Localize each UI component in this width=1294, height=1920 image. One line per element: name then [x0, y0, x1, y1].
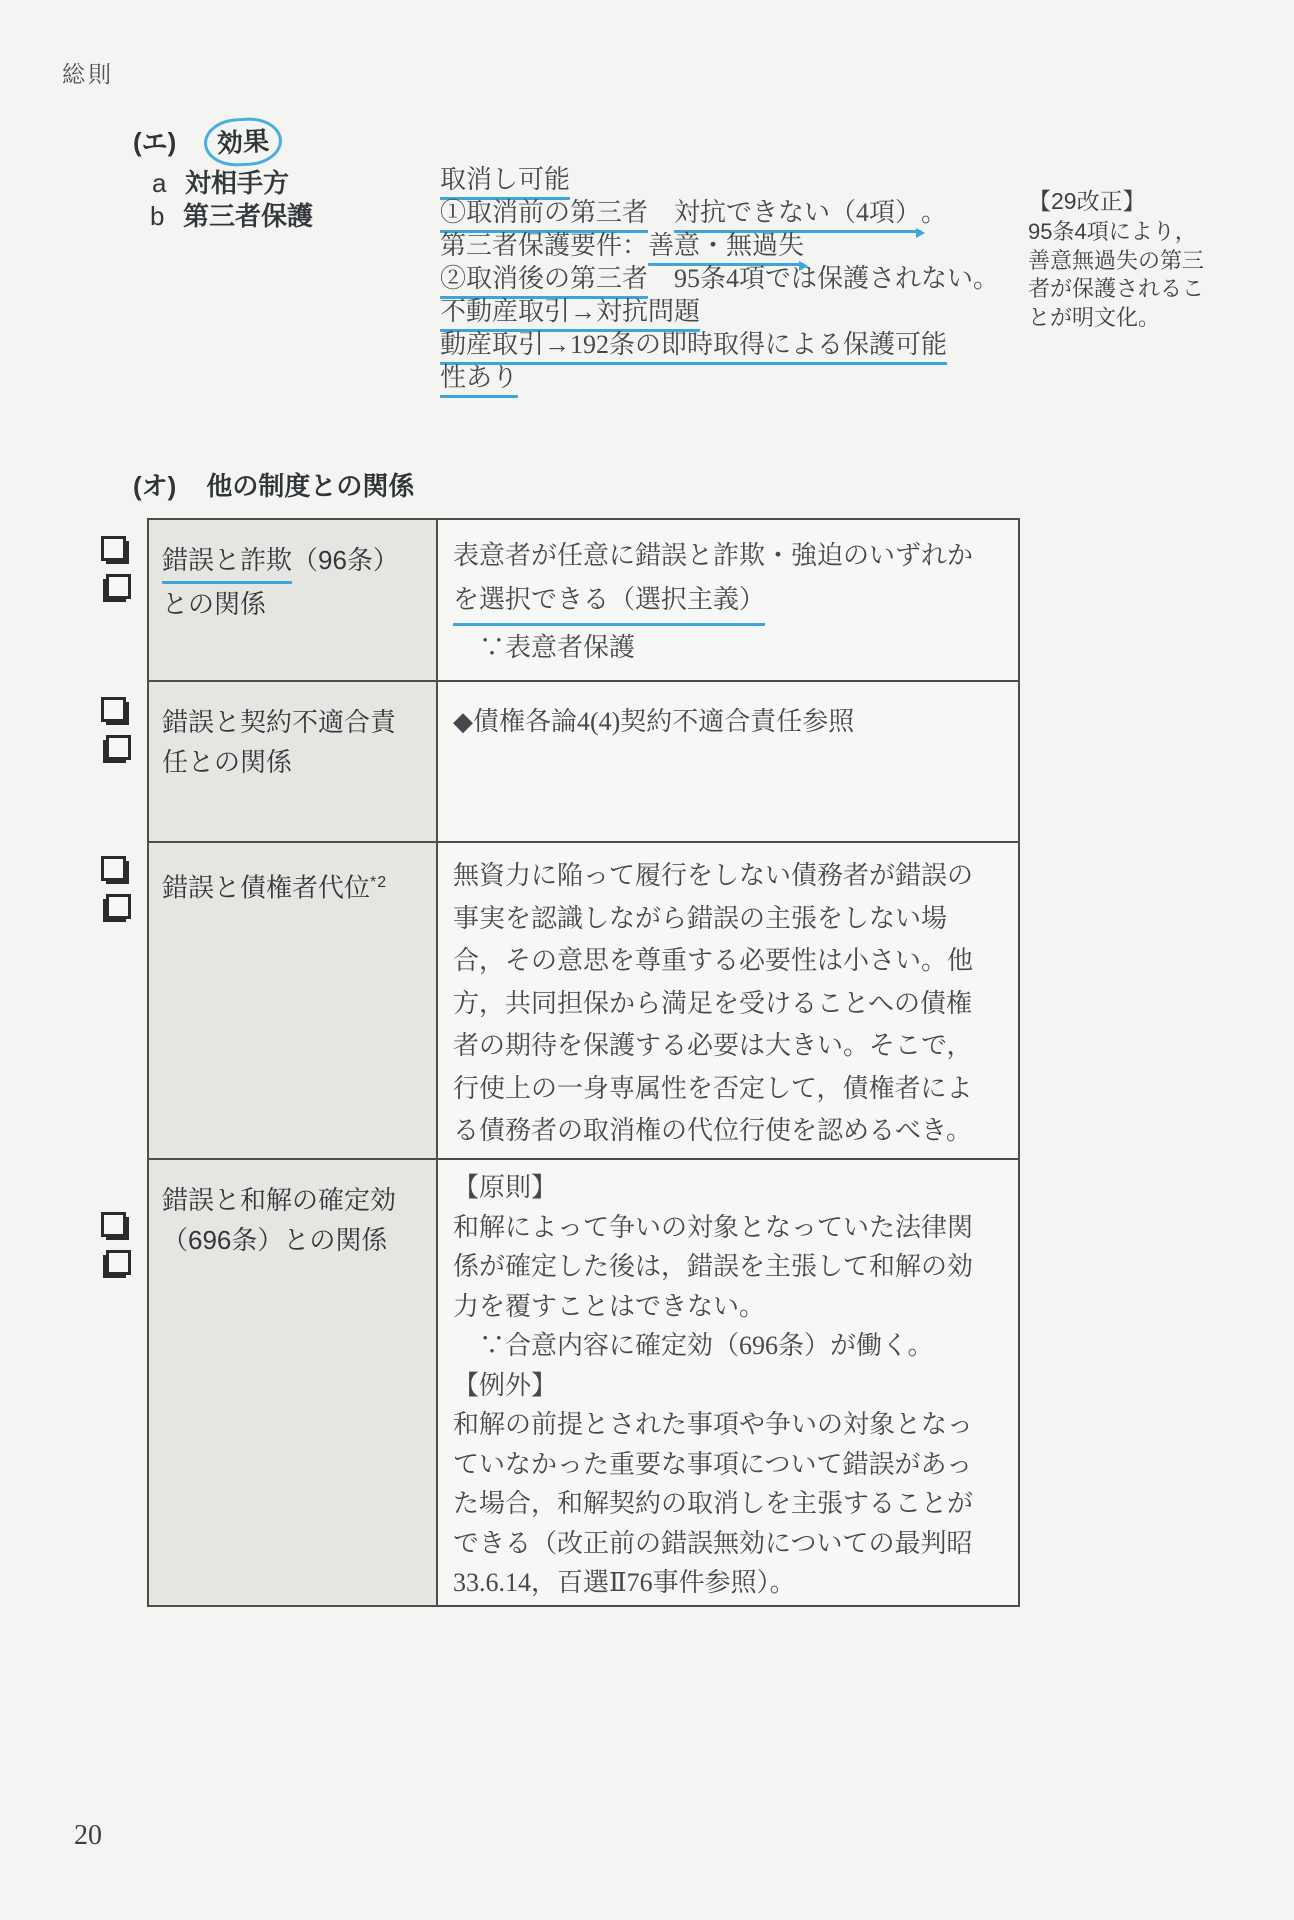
text-line: 和解の前提とされた事項や争いの対象となっ [453, 1405, 1004, 1445]
text [648, 198, 674, 227]
checkbox-icon [106, 1250, 131, 1275]
checkbox-icon [101, 697, 126, 722]
underlined-text: 錯誤と詐欺 [162, 540, 292, 584]
underlined-text: 不動産取引→対抗問題 [440, 295, 700, 332]
text-line: ②取消後の第三者 95条4項では保護されない。 [440, 262, 999, 295]
checkbox-icon [101, 856, 126, 881]
item-a-heading: a対相手方 [152, 163, 289, 200]
checkbox-icon [106, 894, 131, 919]
text-line: 係が確定した後は，錯誤を主張して和解の効 [453, 1247, 1004, 1287]
checkbox-pair [101, 536, 131, 599]
section-heading-other: (オ)他の制度との関係 [133, 466, 414, 503]
text-line: 第三者保護要件：善意・無過失 [440, 229, 804, 262]
row-content-cell: ◆債権各論4(4)契約不適合責任参照 [438, 682, 1018, 841]
text-line: 方，共同担保から満足を受けることへの債権 [453, 983, 1004, 1026]
margin-note-body: 95条4項により，善意無過失の第三者が保護されることが明文化。 [1028, 218, 1284, 332]
text-line: を選択できる（選択主義） [453, 578, 1004, 626]
text: 第三者保護要件： [440, 231, 648, 260]
checkbox-icon [101, 1212, 126, 1237]
text-line: 合，その意思を尊重する必要性は小さい。他 [453, 940, 1004, 983]
text-line: ていなかった重要な事項について錯誤があっ [453, 1445, 1004, 1485]
text-line: 者が保護されるこ [1028, 275, 1284, 304]
text-line: 錯誤と契約不適合責 [162, 702, 424, 742]
text-line: 【原則】 [453, 1168, 1004, 1208]
underlined-text: 動産取引→192条の即時取得による保護可能 [440, 328, 947, 365]
text-line: る債務者の取消権の代位行使を認めるべき。 [453, 1110, 1004, 1153]
underlined-text-arrow: 善意・無過失 [648, 229, 804, 266]
text-line: 33.6.14，百選Ⅱ76事件参照）。 [453, 1563, 1004, 1603]
footnote-marker: *2 [370, 874, 387, 891]
text-line: 無資力に陥って履行をしない債務者が錯誤の [453, 855, 1004, 898]
label-line: 錯誤と債権者代位*2 [162, 863, 424, 908]
label-line: との関係 [162, 584, 424, 624]
row-label-cell: 錯誤と和解の確定効（696条）との関係 [149, 1160, 438, 1605]
text-line: ①取消前の第三者 対抗できない（4項）。 [440, 196, 947, 229]
text-line: 錯誤と和解の確定効 [162, 1180, 424, 1220]
text-line: （696条）との関係 [162, 1220, 424, 1260]
text-line: ∵合意内容に確定効（696条）が働く。 [453, 1326, 1004, 1366]
row-label-cell: 錯誤と債権者代位*2 [149, 843, 438, 1158]
text-line: 不動産取引→対抗問題 [440, 295, 700, 328]
table-row: 錯誤と詐欺（96条） との関係 表意者が任意に錯誤と詐欺・強迫のいずれか を選択… [149, 520, 1018, 682]
page-number: 20 [74, 1820, 102, 1852]
section-heading-effect: (エ)効果 [133, 118, 282, 166]
circled-title-effect: 効果 [203, 116, 283, 168]
item-letter: a [152, 168, 185, 199]
row-label-cell: 錯誤と詐欺（96条） との関係 [149, 520, 438, 680]
row-content-cell: 表意者が任意に錯誤と詐欺・強迫のいずれか を選択できる（選択主義） ∵表意者保護 [438, 520, 1018, 680]
text: （96条） [292, 545, 399, 575]
checkbox-pair [101, 697, 131, 760]
text-line: 事実を認識しながら錯誤の主張をしない場 [453, 898, 1004, 941]
row-content-cell: 無資力に陥って履行をしない債務者が錯誤の事実を認識しながら錯誤の主張をしない場合… [438, 843, 1018, 1158]
text-line: 力を覆すことはできない。 [453, 1287, 1004, 1327]
item-label: 第三者保護 [183, 201, 313, 231]
row-label-cell: 錯誤と契約不適合責任との関係 [149, 682, 438, 841]
text-line: 【例外】 [453, 1366, 1004, 1406]
checkbox-icon [106, 735, 131, 760]
checkbox-pair [101, 1212, 131, 1275]
text-line: とが明文化。 [1028, 304, 1284, 333]
item-a-content: 取消し可能 [440, 163, 570, 196]
margin-note: 【29改正】 95条4項により，善意無過失の第三者が保護されることが明文化。 [1028, 186, 1284, 332]
checkbox-icon [106, 574, 131, 599]
text-line: できる（改正前の錯誤無効についての最判昭 [453, 1524, 1004, 1564]
underlined-text-arrow: 対抗できない（4項） [674, 196, 921, 233]
text-line: 表意者が任意に錯誤と詐欺・強迫のいずれか [453, 534, 1004, 578]
section-title: 他の制度との関係 [206, 471, 414, 501]
underlined-text: 取消し可能 [440, 163, 570, 200]
text-line: 任との関係 [162, 742, 424, 782]
text-line: 動産取引→192条の即時取得による保護可能 [440, 328, 947, 361]
text: 錯誤と債権者代位 [162, 873, 370, 903]
relations-table: 錯誤と詐欺（96条） との関係 表意者が任意に錯誤と詐欺・強迫のいずれか を選択… [147, 518, 1020, 1607]
underlined-text: ②取消後の第三者 [440, 262, 648, 299]
item-b-heading: b第三者保護 [150, 196, 313, 233]
text-line: 善意無過失の第三 [1028, 247, 1284, 276]
text-line: ∵表意者保護 [453, 626, 1004, 670]
table-row: 錯誤と契約不適合責任との関係 ◆債権各論4(4)契約不適合責任参照 [149, 682, 1018, 843]
item-letter: b [150, 201, 183, 232]
text: 。 [921, 198, 947, 227]
item-label: 対相手方 [185, 168, 289, 198]
row-content-cell: 【原則】和解によって争いの対象となっていた法律関係が確定した後は，錯誤を主張して… [438, 1160, 1018, 1605]
margin-note-title: 【29改正】 [1028, 186, 1284, 216]
table-row: 錯誤と債権者代位*2 無資力に陥って履行をしない債務者が錯誤の事実を認識しながら… [149, 843, 1018, 1160]
checkbox-icon [101, 536, 126, 561]
underlined-text: を選択できる（選択主義） [453, 578, 765, 626]
underlined-text: 性あり [440, 361, 518, 398]
section-marker: (エ) [133, 127, 176, 157]
text-line: 行使上の一身専属性を否定して，債権者によ [453, 1068, 1004, 1111]
text-line: ◆債権各論4(4)契約不適合責任参照 [453, 700, 1004, 744]
checkbox-pair [101, 856, 131, 919]
text-line: 性あり [440, 361, 518, 394]
section-marker: (オ) [133, 471, 176, 501]
running-head: 総則 [62, 56, 114, 89]
table-row: 錯誤と和解の確定効（696条）との関係 【原則】和解によって争いの対象となってい… [149, 1160, 1018, 1605]
text: 95条4項では保護されない。 [648, 264, 999, 293]
text-line: 95条4項により， [1028, 218, 1284, 247]
text-line: た場合，和解契約の取消しを主張することが [453, 1484, 1004, 1524]
text-line: 者の期待を保護する必要は大きい。そこで， [453, 1025, 1004, 1068]
label-line: 錯誤と詐欺（96条） [162, 540, 424, 584]
text-line: 和解によって争いの対象となっていた法律関 [453, 1208, 1004, 1248]
underlined-text: ①取消前の第三者 [440, 196, 648, 233]
